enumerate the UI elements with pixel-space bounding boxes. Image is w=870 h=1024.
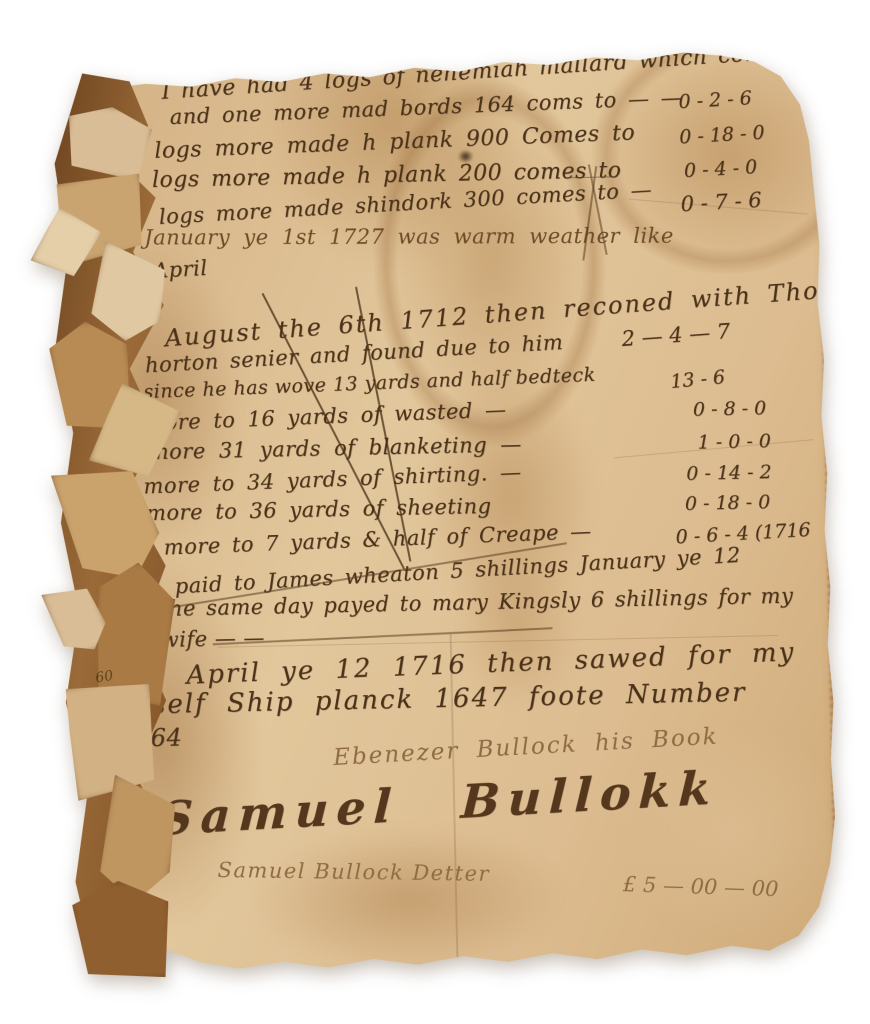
manuscript-line: more to 7 yards & half of Creape —: [163, 519, 592, 559]
spine-number: 60: [94, 668, 114, 687]
book-page: I have had 4 logs of nehemiah mallard wh…: [85, 26, 852, 993]
manuscript-line: more to 36 yards of sheeting: [146, 494, 492, 525]
manuscript-line: Samuel Bullock Detter: [217, 858, 490, 886]
amount: 13 - 6: [669, 366, 726, 393]
amount: 0 - 14 - 2: [686, 461, 772, 485]
amount: 1 - 0 - 0: [697, 430, 771, 454]
amount: 0 - 4 - 0: [683, 156, 757, 182]
manuscript-line: more to 16 yards of wasted —: [144, 397, 507, 435]
amount: 0 - 18 - 0: [685, 491, 771, 515]
book-spine: 60: [31, 61, 202, 982]
photo-canvas: I have had 4 logs of nehemiah mallard wh…: [0, 0, 870, 1024]
amount: £ 5 — 00 — 00: [623, 872, 779, 901]
manuscript-line: more to 34 yards of shirting. —: [143, 460, 522, 499]
page-stack-edge-bottom: [175, 959, 824, 984]
amount: 0 - 7 - 6: [680, 188, 762, 216]
signature-samuel-bullock: Samuel Bullokk: [158, 760, 719, 845]
account-book: I have had 4 logs of nehemiah mallard wh…: [30, 26, 852, 995]
amount: 2 — 4 — 7: [621, 319, 731, 351]
manuscript-line: more 31 yards of blanketing —: [148, 432, 522, 464]
amount: 0 - 18 - 0: [679, 122, 765, 149]
manuscript-line: January ye 1st 1727 was warm weather lik…: [144, 224, 674, 250]
stain: [242, 821, 575, 978]
amount: 0 - 2 - 6: [678, 87, 752, 113]
amount: 0 - 6 - 4 (1716: [675, 519, 811, 549]
amount: 0 - 8 - 0: [693, 397, 767, 421]
page-stack-edge-right: [817, 96, 843, 918]
